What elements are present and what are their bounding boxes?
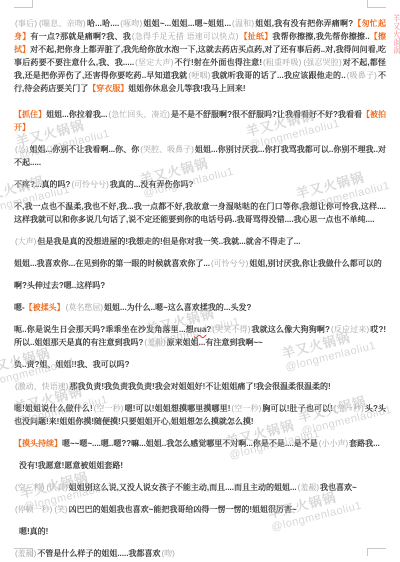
- script-paragraph: 嗯!真的!: [14, 525, 386, 538]
- stage-direction: (强忍哭腔): [303, 58, 341, 67]
- dialogue-text: 姐姐别这么说,又没人说女孩子不能主动,而且....而且主动的姐姐...: [69, 483, 297, 492]
- script-paragraph: 【摸头持续】嗯~~嗯~....嗯..嗯??嘛...姐姐..我怎么感觉哪里不对啊.…: [14, 437, 386, 450]
- script-paragraph: 【抓住】姐姐...你拉着我...(急忙回头、凑近)是不是不舒服啊?很不舒服吗?让…: [14, 108, 386, 134]
- dialogue-text: 姐姐...为什么..嗯~这么喜欢揉我的...头发?: [104, 303, 251, 312]
- page-corner-mark: [367, 0, 386, 8]
- dialogue-text: 嗯-: [14, 303, 25, 312]
- stage-direction: (大声): [15, 237, 36, 246]
- dialogue-text-spellcheck: rua: [194, 325, 206, 334]
- dialogue-text: 我真的...没有弄伤你吗?: [110, 180, 194, 189]
- dialogue-text: 我就这么像大狗狗啊?: [251, 325, 330, 334]
- stage-direction: (空三秒): [15, 483, 44, 492]
- dialogue-text: 原来姐姐...有注意到我啊~~: [167, 338, 263, 347]
- dialogue-text: 姐姐,我有没有把你弄痛啊?: [255, 19, 353, 28]
- stage-direction: (坚定大声): [135, 58, 173, 67]
- stage-direction: (哭笑不得): [212, 325, 250, 334]
- dialogue-text: 不管是什么样子的姐姐.....我都喜欢: [37, 549, 160, 558]
- document-page: (事后)(喘息、亲吻)哈...哈....(啄吻)姐姐~...姐姐...嗯~姐姐.…: [0, 0, 400, 562]
- stage-direction: (哽咽): [188, 71, 210, 80]
- stage-direction: (啄吻): [120, 19, 142, 28]
- script-paragraph: (羞赧)不管是什么样子的姐姐.....我都喜欢(吻): [14, 547, 386, 560]
- stage-direction: (羞赧): [144, 338, 165, 347]
- dialogue-text: 姐姐...你别不让我看啊...你、你: [29, 145, 139, 154]
- dialogue-text: 姐姐...我喜欢你...在见到你的第一眼的时候就喜欢你了...: [14, 259, 210, 268]
- dialogue-text: 是不是不舒服啊?很不舒服吗?让我看看好不好?我看看: [171, 110, 362, 119]
- script-paragraph: (停顿一秒)(笑)凶巴巴的姐姐我也喜欢~能把我哥给凶得一愣一愣的!姐姐很厉害~: [14, 503, 386, 516]
- dialogue-text: 不,我一点也不温柔,我也不好,我...我一点都不好,我故意一身湿哒哒的在门口等你…: [14, 202, 386, 224]
- script-paragraph: 嗯-【被揉头】(莫名憋屈)姐姐...为什么..嗯~这么喜欢揉我的...头发?: [14, 301, 386, 314]
- action-marker: 【摸头持续】: [14, 439, 62, 448]
- dialogue-text: 姐姐~...姐姐...嗯~姐姐...: [143, 19, 231, 28]
- script-paragraph: (怂)姐姐...你别不让我看啊...你、你(哭腔、吸鼻子)姐姐...你别讨厌我.…: [14, 143, 386, 169]
- action-marker: 【抓住】: [14, 110, 46, 119]
- script-paragraph: 呃..你是说生日会那天吗?乖乖坐在沙发角落里...想rua?(哭笑不得)我就这么…: [14, 323, 386, 349]
- script-paragraph: 不疼?...真的吗?(可怜兮兮)我真的...没有弄伤你吗?: [14, 178, 386, 191]
- stage-direction: (空一秒): [334, 404, 364, 413]
- stage-direction: (羞赧): [298, 483, 319, 492]
- stage-direction: (喘息、亲吻): [39, 19, 86, 28]
- dialogue-text: 没有!我愿意!愿意被姐姐套路!: [19, 461, 123, 470]
- dialogue-text: 哈...哈....: [87, 19, 119, 28]
- script-paragraph: 啊?头伸过去?嗯..这样吗?: [14, 279, 386, 292]
- stage-direction: (反应过来): [331, 325, 369, 334]
- action-marker: 【扯纸】: [239, 32, 272, 41]
- dialogue-text: ?: [206, 325, 211, 334]
- stage-direction: (空一秒): [231, 404, 261, 413]
- dialogue-text: 姐姐你休息会儿等我!我马上回来!: [128, 84, 245, 93]
- action-marker: 【穿衣服】: [88, 84, 128, 93]
- script-text[interactable]: (事后)(喘息、亲吻)哈...哈....(啄吻)姐姐~...姐姐...嗯~姐姐.…: [14, 17, 386, 562]
- dialogue-text: 但是我是真的没想进屋的!我想走的!但是你对我一笑..我就...就舍不得走了...: [37, 237, 300, 246]
- stage-direction: (空一秒): [94, 404, 124, 413]
- stage-direction: (笑): [54, 505, 67, 514]
- stage-direction: (吸鼻子): [347, 71, 377, 80]
- stage-direction: (粗重呼吸): [263, 58, 301, 67]
- dialogue-text: 不疼?...真的吗?: [14, 180, 70, 189]
- dialogue-text: 姐姐...你拉着我...: [46, 110, 107, 119]
- dialogue-text: 有一点?那就是痛啊?我、我: [30, 32, 130, 41]
- script-paragraph: 不,我一点也不温柔,我也不好,我...我一点都不好,我故意一身湿哒哒的在门口等你…: [14, 200, 386, 226]
- dialogue-text: 那我负责!我负责我负责!我会对姐姐好!不让姐姐痛了!我会很温柔很温柔的!: [69, 382, 330, 391]
- stage-direction: (哭腔、吸鼻子): [140, 145, 194, 154]
- stage-direction: (事后): [15, 19, 37, 28]
- dialogue-text: 我帮你擦擦,我先帮你擦擦..: [272, 32, 369, 41]
- stage-direction: (温和): [232, 19, 254, 28]
- stage-direction: (莫名憋屈): [66, 303, 103, 312]
- dialogue-text: 套路我...: [349, 439, 380, 448]
- action-marker: 【被揉头】: [25, 303, 65, 312]
- dialogue-text: 我就听我哥的话了...我应该跟他走的..: [211, 71, 345, 80]
- stage-direction: (认真): [46, 483, 67, 492]
- script-paragraph: (大声)但是我是真的没想进屋的!我想走的!但是你对我一笑..我就...就舍不得走…: [14, 235, 386, 248]
- stage-direction: (小小声): [319, 439, 348, 448]
- dialogue-text: 嗯!姐姐说什么做什么!: [14, 404, 93, 413]
- page-corner-mark: [14, 0, 33, 8]
- dialogue-text: 胸可以!肚子也可以!: [262, 404, 333, 413]
- dialogue-text: 凶巴巴的姐姐我也喜欢~能把我哥给凶得一愣一愣的!姐姐很厉害~: [69, 505, 297, 514]
- stage-direction: (急得手足无措 语速可以快点): [132, 32, 238, 41]
- script-paragraph: (事后)(喘息、亲吻)哈...哈....(啄吻)姐姐~...姐姐...嗯~姐姐.…: [14, 17, 386, 95]
- stage-direction: (急忙回头、凑近): [109, 110, 170, 119]
- dialogue-text: 不行!射在外面也得注意!: [174, 58, 262, 67]
- script-paragraph: 负..责?姐、姐姐!!我、我可以吗?: [14, 358, 386, 371]
- stage-direction: (吻): [161, 549, 174, 558]
- script-paragraph: 嗯!姐姐说什么做什么!(空一秒)嗯!可以!姐姐想摸哪里摸哪里!(空一秒)胸可以!…: [14, 402, 386, 428]
- stage-direction: (可怜兮兮): [211, 259, 248, 268]
- dialogue-text: 嗯~~嗯~....嗯..嗯??嘛...姐姐..我怎么感觉哪里不对啊...你是不是…: [62, 439, 318, 448]
- dialogue-text: 嗯!可以!姐姐想摸哪里摸哪里!: [124, 404, 230, 413]
- stage-direction: (可怜兮兮): [71, 180, 108, 189]
- watermark-red-edge: 羊又火锅锅: [394, 14, 400, 58]
- dialogue-text: 啊?头伸过去?嗯..这样吗?: [14, 281, 105, 290]
- dialogue-text: 我也喜欢~: [320, 483, 357, 492]
- script-paragraph: 没有!我愿意!愿意被姐姐套路!: [14, 459, 386, 472]
- script-paragraph: (空三秒)(认真)姐姐别这么说,又没人说女孩子不能主动,而且....而且主动的姐…: [14, 481, 386, 494]
- script-paragraph: (激动、快语速)那我负责!我负责我负责!我会对姐姐好!不让姐姐痛了!我会很温柔很…: [14, 380, 386, 393]
- stage-direction: (停顿一秒): [15, 505, 52, 514]
- stage-direction: (激动、快语速): [15, 382, 68, 391]
- stage-direction: (怂): [15, 145, 28, 154]
- dialogue-text: 负..责?姐、姐姐!!我、我可以吗?: [14, 360, 130, 369]
- dialogue-text: 呃..你是说生日会那天吗?乖乖坐在沙发角落里...想: [14, 325, 194, 334]
- dialogue-text: 姐姐,别讨厌我,你让我做什么都可以的: [249, 259, 381, 268]
- script-paragraph: 姐姐...我喜欢你...在见到你的第一眼的时候就喜欢你了...(可怜兮兮)姐姐,…: [14, 257, 386, 270]
- stage-direction: (羞赧): [15, 549, 36, 558]
- dialogue-text: 嗯!真的!: [19, 527, 48, 536]
